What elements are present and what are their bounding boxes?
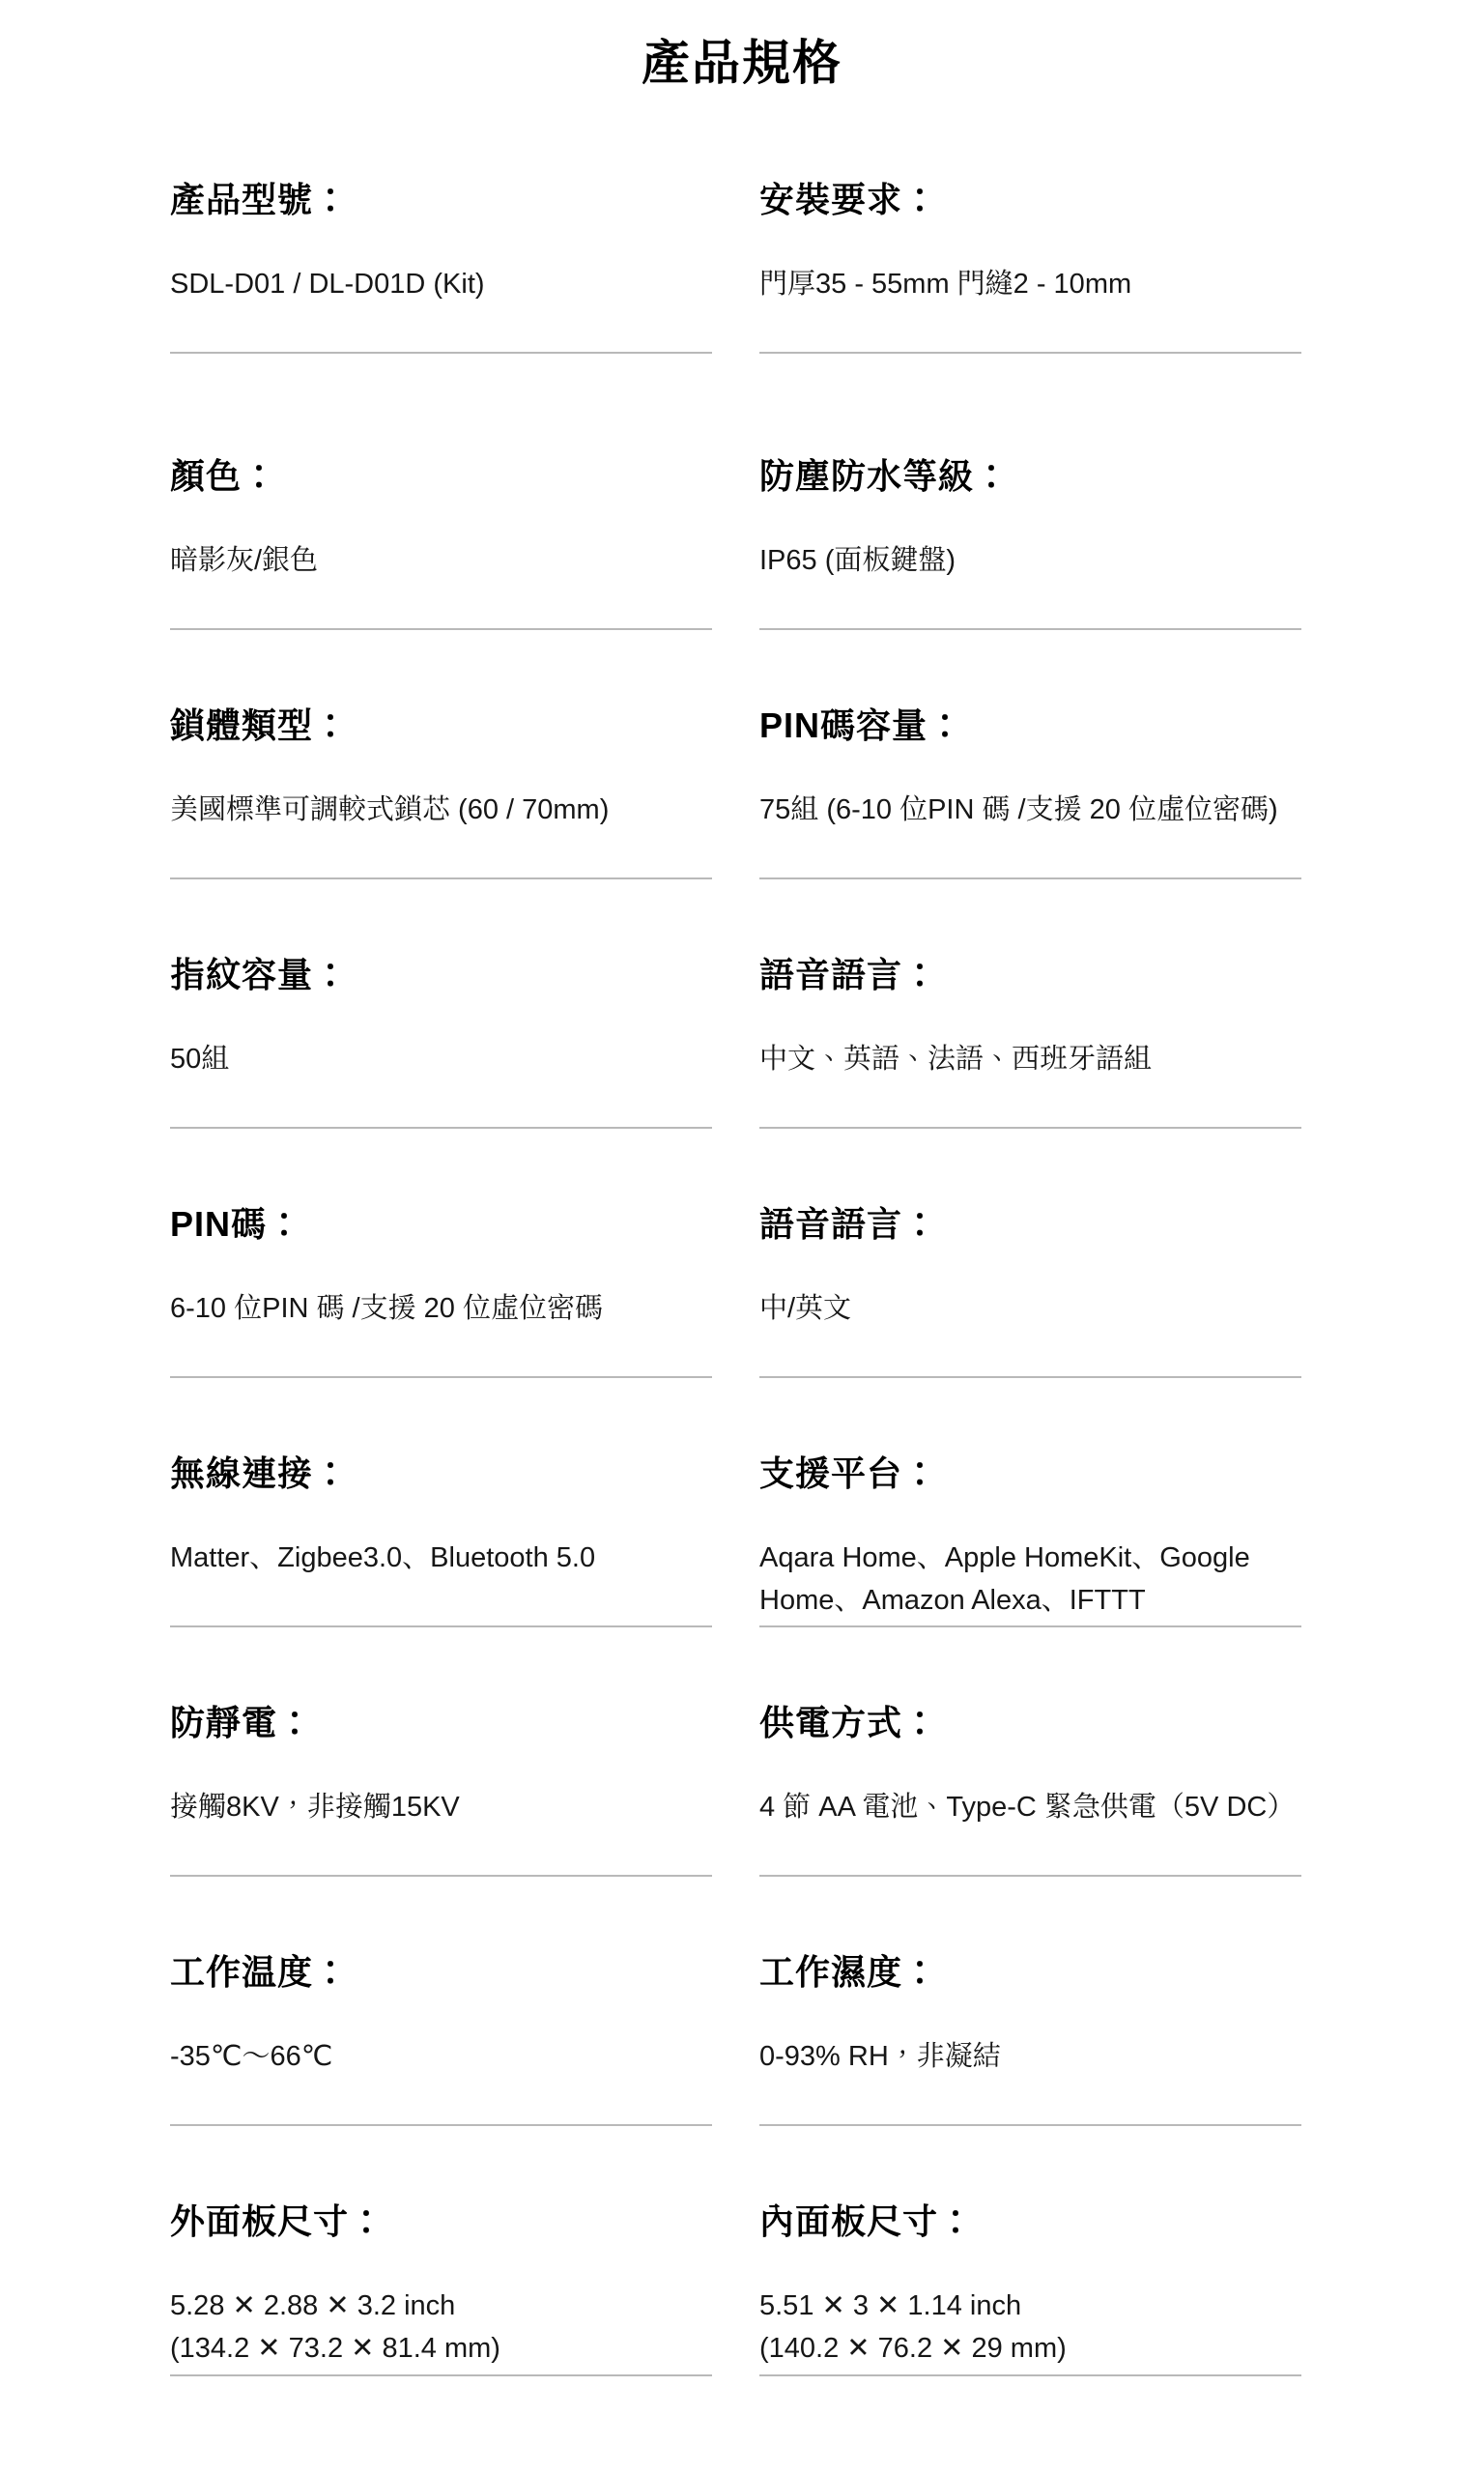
spec-label: PIN碼： (170, 1202, 712, 1247)
spec-label: 支援平台： (759, 1452, 1301, 1496)
spec-item-product-model: 產品型號： SDL-D01 / DL-D01D (Kit) (170, 104, 712, 354)
spec-value: 0-93% RH，非凝結 (759, 2035, 1301, 2078)
spec-item-fingerprint-capacity: 指紋容量： 50組 (170, 879, 712, 1129)
spec-value: 4 節 AA 電池、Type-C 緊急供電（5V DC） (759, 1786, 1301, 1828)
spec-item-esd: 防靜電： 接觸8KV，非接觸15KV (170, 1627, 712, 1877)
spec-label: 指紋容量： (170, 953, 712, 997)
spec-label: 產品型號： (170, 178, 712, 222)
spec-value: IP65 (面板鍵盤) (759, 539, 1301, 582)
spec-item-voice-language-2: 語音語言： 中/英文 (759, 1129, 1301, 1378)
spec-value: 5.28 ✕ 2.88 ✕ 3.2 inch (134.2 ✕ 73.2 ✕ 8… (170, 2285, 712, 2370)
spec-item-operating-humidity: 工作濕度： 0-93% RH，非凝結 (759, 1877, 1301, 2126)
spec-value: 中/英文 (759, 1287, 1301, 1330)
spec-label: PIN碼容量： (759, 704, 1301, 748)
spec-value: 50組 (170, 1038, 712, 1080)
spec-value: 5.51 ✕ 3 ✕ 1.14 inch (140.2 ✕ 76.2 ✕ 29 … (759, 2285, 1301, 2370)
spec-value: 門厚35 - 55mm 門縫2 - 10mm (759, 263, 1301, 305)
spec-label: 語音語言： (759, 953, 1301, 997)
spec-value: Matter、Zigbee3.0、Bluetooth 5.0 (170, 1537, 712, 1579)
spec-item-operating-temperature: 工作温度： -35℃～66℃ (170, 1877, 712, 2126)
spec-label: 工作温度： (170, 1950, 712, 1995)
spec-label: 安裝要求： (759, 178, 1301, 222)
spec-value: -35℃～66℃ (170, 2035, 712, 2078)
spec-item-front-panel-size: 外面板尺寸： 5.28 ✕ 2.88 ✕ 3.2 inch (134.2 ✕ 7… (170, 2126, 712, 2376)
spec-value: 美國標準可調較式鎖芯 (60 / 70mm) (170, 789, 712, 831)
spec-item-power-supply: 供電方式： 4 節 AA 電池、Type-C 緊急供電（5V DC） (759, 1627, 1301, 1877)
spec-value: 接觸8KV，非接觸15KV (170, 1786, 712, 1828)
spec-item-pin-code: PIN碼： 6-10 位PIN 碼 /支援 20 位虛位密碼 (170, 1129, 712, 1378)
spec-label: 供電方式： (759, 1701, 1301, 1745)
spec-value: 中文、英語、法語、西班牙語組 (759, 1038, 1301, 1080)
spec-label: 鎖體類型： (170, 704, 712, 748)
spec-item-wireless: 無線連接： Matter、Zigbee3.0、Bluetooth 5.0 (170, 1378, 712, 1627)
spec-label: 工作濕度： (759, 1950, 1301, 1995)
spec-item-pin-capacity: PIN碼容量： 75組 (6-10 位PIN 碼 /支援 20 位虛位密碼) (759, 630, 1301, 879)
spec-label: 內面板尺寸： (759, 2200, 1301, 2244)
spec-label: 顏色： (170, 454, 712, 499)
spec-value: 75組 (6-10 位PIN 碼 /支援 20 位虛位密碼) (759, 789, 1301, 831)
spec-value: 暗影灰/銀色 (170, 539, 712, 582)
spec-item-platforms: 支援平台： Aqara Home、Apple HomeKit、Google Ho… (759, 1378, 1301, 1627)
spec-label: 防塵防水等級： (759, 454, 1301, 499)
spec-label: 語音語言： (759, 1202, 1301, 1247)
spec-value: Aqara Home、Apple HomeKit、Google Home、Ama… (759, 1537, 1301, 1622)
spec-value: SDL-D01 / DL-D01D (Kit) (170, 263, 712, 305)
spec-label: 無線連接： (170, 1452, 712, 1496)
spec-label: 外面板尺寸： (170, 2200, 712, 2244)
spec-value: 6-10 位PIN 碼 /支援 20 位虛位密碼 (170, 1287, 712, 1330)
spec-item-color: 顏色： 暗影灰/銀色 (170, 354, 712, 630)
page-title: 產品規格 (0, 29, 1484, 97)
spec-label: 防靜電： (170, 1701, 712, 1745)
spec-item-inner-panel-size: 內面板尺寸： 5.51 ✕ 3 ✕ 1.14 inch (140.2 ✕ 76.… (759, 2126, 1301, 2376)
spec-item-lock-body-type: 鎖體類型： 美國標準可調較式鎖芯 (60 / 70mm) (170, 630, 712, 879)
spec-grid: 產品型號： SDL-D01 / DL-D01D (Kit) 安裝要求： 門厚35… (170, 104, 1301, 2376)
spec-item-voice-language: 語音語言： 中文、英語、法語、西班牙語組 (759, 879, 1301, 1129)
spec-item-dust-water-rating: 防塵防水等級： IP65 (面板鍵盤) (759, 354, 1301, 630)
spec-item-install-requirements: 安裝要求： 門厚35 - 55mm 門縫2 - 10mm (759, 104, 1301, 354)
